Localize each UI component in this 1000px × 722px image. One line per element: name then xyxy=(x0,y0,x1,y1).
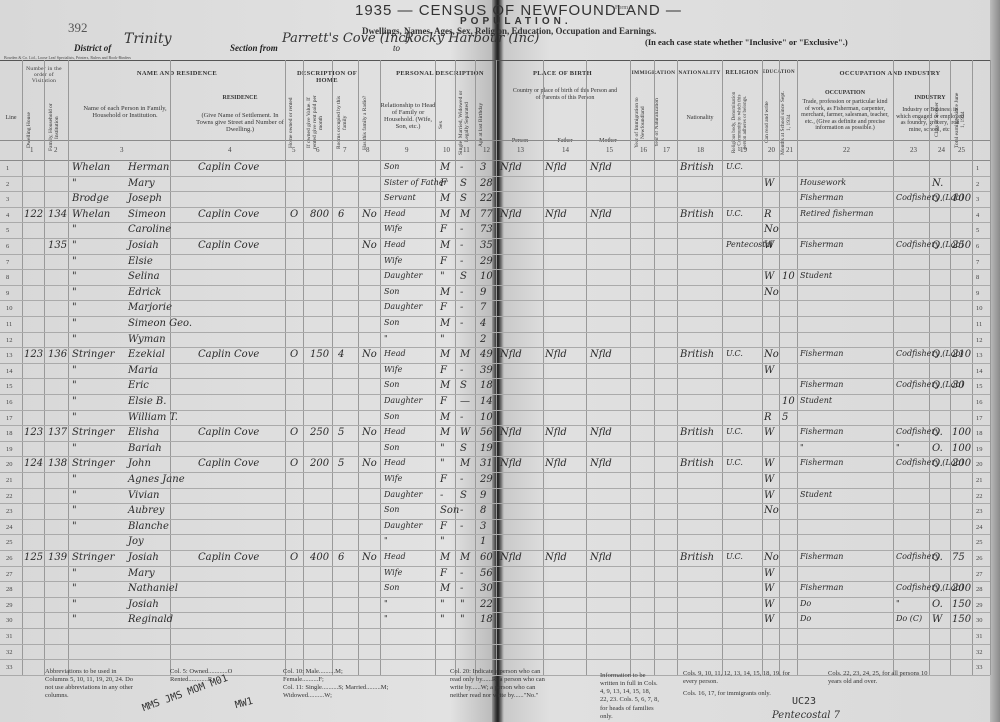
column-number: 21 xyxy=(786,146,793,154)
cell-residence: Caplin Cove xyxy=(198,552,259,563)
line-number-right: 27 xyxy=(976,571,983,578)
cell-sex: F xyxy=(440,224,447,235)
line-number: 5 xyxy=(6,227,9,234)
line-number: 33 xyxy=(6,664,13,671)
section-to-value: Rocky Harbour (Inc) xyxy=(404,31,539,46)
cell-family: 136 xyxy=(48,349,67,360)
column-divider xyxy=(455,60,456,675)
line-number-right: 18 xyxy=(976,430,983,437)
row-divider xyxy=(0,254,990,255)
cell-radio: No xyxy=(362,458,377,469)
row-divider xyxy=(0,347,990,348)
cell-class: N. xyxy=(932,178,943,189)
cell-age: 35 xyxy=(480,240,493,251)
row-divider xyxy=(0,222,990,223)
line-number-right: 33 xyxy=(976,664,983,671)
census-page: 392 1935 — CENSUS OF NEWFOUNDLAND — Form… xyxy=(0,0,1000,722)
header-sex: Sex xyxy=(438,110,444,140)
column-number: 12 xyxy=(483,146,490,154)
cell-birth-mother: Nfld xyxy=(590,427,612,438)
header-divider xyxy=(0,140,990,141)
header-age: Age at last Birthday xyxy=(478,100,484,150)
line-number: 11 xyxy=(6,321,12,328)
cell-marital: - xyxy=(460,240,463,251)
row-divider xyxy=(0,519,990,520)
cell-earnings: 30 xyxy=(952,380,965,391)
row-divider xyxy=(0,644,990,645)
cell-class: W xyxy=(932,614,942,625)
inclusive-note: (In each case state whether "Inclusive" … xyxy=(645,37,848,47)
cell-occupation: Fisherman xyxy=(800,349,843,358)
cell-residence: Caplin Cove xyxy=(198,349,259,360)
cell-nationality: British xyxy=(680,162,714,173)
line-number-right: 2 xyxy=(976,181,979,188)
cell-read: W xyxy=(764,271,774,282)
column-divider xyxy=(972,60,973,675)
cell-sex: M xyxy=(440,240,450,251)
cell-age: 10 xyxy=(480,412,493,423)
cell-age: 73 xyxy=(480,224,493,235)
line-number-right: 11 xyxy=(976,321,982,328)
line-number: 21 xyxy=(6,477,13,484)
cell-occupation: Student xyxy=(800,271,832,280)
row-divider xyxy=(0,316,990,317)
cell-sex: F xyxy=(440,521,447,532)
cell-relation: Son xyxy=(384,287,399,296)
cell-earnings: 200 xyxy=(952,583,971,594)
cell-birth-father: Nfld xyxy=(545,552,567,563)
cell-relation: Daughter xyxy=(384,302,422,311)
line-number: 8 xyxy=(6,274,9,281)
column-number: 24 xyxy=(938,146,945,154)
cell-marital: " xyxy=(460,599,465,610)
cell-given: Josiah xyxy=(128,552,159,563)
line-number-right: 24 xyxy=(976,524,983,531)
header-settlement: (Give Name of Settlement. In Towns give … xyxy=(195,112,285,133)
cell-own: O xyxy=(290,458,298,469)
cell-surname: " xyxy=(72,365,77,376)
cell-marital: " xyxy=(460,614,465,625)
cell-religion: U.C. xyxy=(726,458,743,467)
cell-given: Bariah xyxy=(128,443,162,454)
cell-sex: F xyxy=(440,396,447,407)
cell-occupation: Fisherman xyxy=(800,427,843,436)
group-birth: PLACE OF BIRTH xyxy=(500,70,625,77)
cell-relation: Daughter xyxy=(384,490,422,499)
cell-class: O. xyxy=(932,552,943,563)
cell-radio: No xyxy=(362,240,377,251)
cell-sex: F xyxy=(440,302,447,313)
column-number: 14 xyxy=(562,146,569,154)
footer-abbreviations: Abbreviations to be used in Columns 5, 1… xyxy=(45,668,140,701)
cell-read: W xyxy=(764,583,774,594)
cell-surname: " xyxy=(72,396,77,407)
birth-subheading: Country or place of birth of this Person… xyxy=(510,88,620,101)
cell-age: 29 xyxy=(480,256,493,267)
cell-dwelling: 122 xyxy=(24,209,43,220)
row-divider xyxy=(0,191,990,192)
column-divider xyxy=(303,60,304,675)
line-number-right: 30 xyxy=(976,617,983,624)
cell-surname: " xyxy=(72,412,77,423)
cell-given: Caroline xyxy=(128,224,171,235)
cell-marital: M xyxy=(460,349,470,360)
cell-sex: - xyxy=(440,490,443,501)
cell-surname: " xyxy=(72,380,77,391)
cell-industry: Do (C) xyxy=(896,614,922,623)
cell-read: W xyxy=(764,178,774,189)
cell-given: William T. xyxy=(128,412,178,423)
cell-marital: - xyxy=(460,583,463,594)
cell-own: O xyxy=(290,427,298,438)
column-divider xyxy=(496,60,497,675)
cell-own: O xyxy=(290,349,298,360)
column-divider xyxy=(893,60,894,675)
cell-class: O. xyxy=(932,380,943,391)
cell-marital: - xyxy=(460,318,463,329)
line-number: 22 xyxy=(6,493,13,500)
column-number: 7 xyxy=(343,146,347,154)
line-number: 24 xyxy=(6,524,13,531)
district-label: District of xyxy=(74,43,111,53)
cell-age: 22 xyxy=(480,599,493,610)
line-number-right: 5 xyxy=(976,227,979,234)
column-number: 5 xyxy=(292,146,296,154)
cell-given: Elsie B. xyxy=(128,396,166,407)
line-number-right: 17 xyxy=(976,415,983,422)
cell-surname: Whelan xyxy=(72,162,110,173)
cell-relation: Head xyxy=(384,349,406,358)
row-divider xyxy=(0,581,990,582)
column-number: 3 xyxy=(120,146,124,154)
cell-read: No xyxy=(764,349,779,360)
header-name: Name of each Person in Family, Household… xyxy=(75,105,175,119)
group-home: DESCRIPTION OF HOME xyxy=(287,70,367,84)
cell-class: O. xyxy=(932,458,943,469)
cell-age: 3 xyxy=(480,162,486,173)
cell-industry: " xyxy=(896,599,900,608)
cell-family: 135 xyxy=(48,240,67,251)
line-number: 10 xyxy=(6,305,13,312)
column-number: 25 xyxy=(958,146,965,154)
line-number: 3 xyxy=(6,196,9,203)
line-number-right: 9 xyxy=(976,290,979,297)
line-number: 1 xyxy=(6,165,9,172)
line-number-right: 1 xyxy=(976,165,979,172)
line-number: 6 xyxy=(6,243,9,250)
cell-relation: Sister of Father xyxy=(384,178,447,187)
cell-class: O. xyxy=(932,599,943,610)
cell-marital: - xyxy=(460,505,463,516)
column-number: 13 xyxy=(517,146,524,154)
cell-sex: F xyxy=(440,568,447,579)
cell-age: 18 xyxy=(480,614,493,625)
row-divider xyxy=(0,425,990,426)
cell-occupation: Fisherman xyxy=(800,458,843,467)
cell-age: 7 xyxy=(480,302,486,313)
cell-marital: - xyxy=(460,302,463,313)
cell-class: O. xyxy=(932,427,943,438)
cell-residence: Caplin Cove xyxy=(198,427,259,438)
cell-age: 77 xyxy=(480,209,493,220)
cell-dwelling: 123 xyxy=(24,349,43,360)
row-divider xyxy=(0,207,990,208)
header-birth-mother: Mother xyxy=(588,138,628,145)
cell-relation: Son xyxy=(384,412,399,421)
line-number: 32 xyxy=(6,649,13,656)
cell-marital: W xyxy=(460,427,470,438)
line-number: 16 xyxy=(6,399,13,406)
group-occupation: OCCUPATION AND INDUSTRY xyxy=(800,70,980,77)
cell-surname: " xyxy=(72,302,77,313)
cell-relation: Son xyxy=(384,583,399,592)
group-nationality: NATIONALITY xyxy=(677,70,722,76)
cell-read: W xyxy=(764,599,774,610)
cell-nationality: British xyxy=(680,458,714,469)
cell-sex: M xyxy=(440,412,450,423)
line-number-right: 23 xyxy=(976,508,983,515)
cell-occupation: Student xyxy=(800,490,832,499)
row-divider xyxy=(0,176,990,177)
table-top-border xyxy=(0,60,990,61)
header-class-worker: Class of worker xyxy=(934,95,940,145)
column-number: 17 xyxy=(663,146,670,154)
cell-age: 14 xyxy=(480,396,493,407)
cell-occupation: Fisherman xyxy=(800,583,843,592)
cell-given: Eric xyxy=(128,380,149,391)
header-nationality: Nationality xyxy=(680,115,720,122)
column-divider xyxy=(677,60,678,675)
line-number-right: 8 xyxy=(976,274,979,281)
cell-relation: Son xyxy=(384,505,399,514)
cell-relation: " xyxy=(384,614,388,623)
cell-rooms: 6 xyxy=(338,552,344,563)
cell-birth-father: Nfld xyxy=(545,427,567,438)
column-divider xyxy=(722,60,723,675)
header-relationship: Relationship to Head of Family or Househ… xyxy=(378,102,438,131)
cell-age: 56 xyxy=(480,427,493,438)
cell-surname: Stringer xyxy=(72,349,114,360)
row-divider xyxy=(0,488,990,489)
cell-birth-father: Nfld xyxy=(545,209,567,220)
cell-family: 139 xyxy=(48,552,67,563)
cell-birth-person: Nfld xyxy=(500,458,522,469)
cell-class: O. xyxy=(932,349,943,360)
cell-age: 19 xyxy=(480,443,493,454)
cell-age: 31 xyxy=(480,458,493,469)
cell-sex: M xyxy=(440,193,450,204)
cell-value: 200 xyxy=(310,458,329,469)
cell-birth-mother: Nfld xyxy=(590,162,612,173)
column-number: 10 xyxy=(443,146,450,154)
column-divider xyxy=(475,60,476,675)
cell-marital: - xyxy=(460,224,463,235)
cell-surname: " xyxy=(72,318,77,329)
cell-given: Herman xyxy=(128,162,169,173)
cell-given: Mary xyxy=(128,178,155,189)
cell-surname: " xyxy=(72,443,77,454)
cell-family: 137 xyxy=(48,427,67,438)
footer-ten-years: Cols. 22, 23, 24, 25, for all persons 10… xyxy=(828,670,938,686)
cell-earnings: 150 xyxy=(952,599,971,610)
cell-age: 4 xyxy=(480,318,486,329)
cell-surname: Brodge xyxy=(72,193,109,204)
cell-sex: F xyxy=(440,178,447,189)
cell-read: R xyxy=(764,412,772,423)
cell-age: 22 xyxy=(480,193,493,204)
row-divider xyxy=(0,597,990,598)
cell-rooms: 5 xyxy=(338,458,344,469)
row-divider xyxy=(0,332,990,333)
column-number: 19 xyxy=(740,146,747,154)
footer-col20: Col. 20: Indicate a person who can read … xyxy=(450,668,550,701)
row-divider xyxy=(0,238,990,239)
line-number: 26 xyxy=(6,555,13,562)
cell-given: Blanche xyxy=(128,521,169,532)
line-number: 19 xyxy=(6,446,13,453)
cell-surname: " xyxy=(72,287,77,298)
cell-given: Joseph xyxy=(128,193,162,204)
cell-own: O xyxy=(290,209,298,220)
line-number: 29 xyxy=(6,602,13,609)
cell-read: No xyxy=(764,224,779,235)
cell-value: 250 xyxy=(310,427,329,438)
cell-given: Ezekial xyxy=(128,349,165,360)
line-number: 20 xyxy=(6,461,13,468)
cell-occupation: " xyxy=(800,443,804,452)
cell-read: W xyxy=(764,458,774,469)
cell-given: Josiah xyxy=(128,240,159,251)
cell-earnings: 100 xyxy=(952,193,971,204)
cell-read: R xyxy=(764,209,772,220)
row-divider xyxy=(0,300,990,301)
column-number: 18 xyxy=(697,146,704,154)
cell-sex: M xyxy=(440,318,450,329)
line-number: 25 xyxy=(6,539,13,546)
cell-own: O xyxy=(290,552,298,563)
cell-residence: Caplin Cove xyxy=(198,209,259,220)
column-number: 8 xyxy=(366,146,370,154)
line-number: 13 xyxy=(6,352,13,359)
cell-relation: Son xyxy=(384,380,399,389)
page-header: 392 1935 — CENSUS OF NEWFOUNDLAND — Form… xyxy=(0,0,1000,60)
cell-surname: " xyxy=(72,490,77,501)
cell-religion: U.C. xyxy=(726,427,743,436)
form-number: Form 1 xyxy=(615,5,633,11)
column-number: 9 xyxy=(405,146,409,154)
cell-surname: Stringer xyxy=(72,427,114,438)
cell-relation: Wife xyxy=(384,568,402,577)
cell-occupation: Student xyxy=(800,396,832,405)
cell-sex: M xyxy=(440,162,450,173)
column-number: 16 xyxy=(640,146,647,154)
cell-birth-father: Nfld xyxy=(545,458,567,469)
cell-age: 3 xyxy=(480,521,486,532)
line-number-right: 13 xyxy=(976,352,983,359)
cell-birth-mother: Nfld xyxy=(590,209,612,220)
cell-sex: " xyxy=(440,458,445,469)
section-label: Section from xyxy=(230,43,278,53)
cell-nationality: British xyxy=(680,209,714,220)
cell-surname: " xyxy=(72,599,77,610)
cell-relation: " xyxy=(384,536,388,545)
cell-rooms: 4 xyxy=(338,349,344,360)
cell-value: 400 xyxy=(310,552,329,563)
cell-earnings: 200 xyxy=(952,458,971,469)
cell-nationality: British xyxy=(680,552,714,563)
cell-birth-mother: Nfld xyxy=(590,552,612,563)
cell-marital: S xyxy=(460,271,467,282)
cell-surname: " xyxy=(72,505,77,516)
line-number-right: 7 xyxy=(976,259,979,266)
cell-given: Selina xyxy=(128,271,160,282)
row-divider xyxy=(0,456,990,457)
line-number-right: 31 xyxy=(976,633,983,640)
cell-age: 30 xyxy=(480,583,493,594)
group-name-residence: NAME AND RESIDENCE xyxy=(72,70,282,77)
line-number-right: 32 xyxy=(976,649,983,656)
cell-relation: Head xyxy=(384,458,406,467)
cell-radio: No xyxy=(362,349,377,360)
group-religion: RELIGION xyxy=(722,70,762,76)
cell-occupation: Fisherman xyxy=(800,552,843,561)
cell-earnings: 210 xyxy=(952,349,971,360)
column-number: 22 xyxy=(843,146,850,154)
column-divider xyxy=(630,60,631,675)
cell-dwelling: 125 xyxy=(24,552,43,563)
cell-relation: Wife xyxy=(384,256,402,265)
cell-relation: Daughter xyxy=(384,521,422,530)
margin-annotation-pentecostal: Pentecostal 7 xyxy=(772,710,840,721)
cell-sex: " xyxy=(440,536,445,547)
column-number: 6 xyxy=(316,146,320,154)
cell-earnings: 75 xyxy=(952,552,965,563)
cell-sex: F xyxy=(440,256,447,267)
cell-marital: - xyxy=(460,287,463,298)
cell-relation: Daughter xyxy=(384,396,422,405)
cell-given: Elsie xyxy=(128,256,153,267)
column-number: 23 xyxy=(910,146,917,154)
footer-col11: Col. 11: Single..........S; Married.....… xyxy=(283,684,393,700)
cell-sex: F xyxy=(440,474,447,485)
cell-marital: - xyxy=(460,256,463,267)
cell-class: O. xyxy=(932,240,943,251)
line-number-right: 29 xyxy=(976,602,983,609)
line-number-right: 14 xyxy=(976,368,983,375)
cell-surname: " xyxy=(72,334,77,345)
line-number-right: 20 xyxy=(976,461,983,468)
cell-sex: M xyxy=(440,349,450,360)
cell-nationality: British xyxy=(680,349,714,360)
cell-relation: " xyxy=(384,334,388,343)
group-education: EDUCATION xyxy=(762,70,792,75)
line-number-right: 25 xyxy=(976,539,983,546)
cell-relation: Son xyxy=(384,318,399,327)
cell-residence: Caplin Cove xyxy=(198,458,259,469)
cell-occupation: Fisherman xyxy=(800,380,843,389)
column-divider xyxy=(358,60,359,675)
cell-surname: " xyxy=(72,240,77,251)
header-line: Line xyxy=(0,115,22,122)
cell-given: Vivian xyxy=(128,490,160,501)
cell-value: 800 xyxy=(310,209,329,220)
column-divider xyxy=(586,60,587,675)
cell-earnings: 150 xyxy=(952,614,971,625)
line-number-right: 6 xyxy=(976,243,979,250)
cell-sex: M xyxy=(440,552,450,563)
cell-relation: Servant xyxy=(384,193,416,202)
cell-value: 150 xyxy=(310,349,329,360)
